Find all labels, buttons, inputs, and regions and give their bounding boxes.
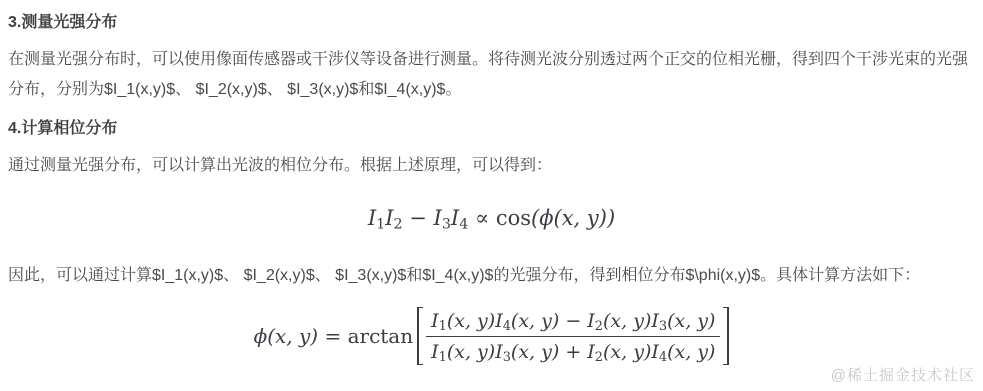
formula-proportionality-expression: I1I2 − I3I4 ∝ cos(ϕ(x, y)): [368, 206, 615, 230]
article-content: 3.测量光强分布 在测量光强分布时，可以使用像面传感器或干涉仪等设备进行测量。将…: [0, 0, 983, 365]
fraction-denominator: I1(x, y)I3(x, y) + I2(x, y)I4(x, y): [426, 337, 720, 364]
section-heading-compute-phase: 4.计算相位分布: [8, 118, 975, 140]
paragraph-method-intro: 因此，可以通过计算$I_1(x,y)$、 $I_2(x,y)$、 $I_3(x,…: [8, 261, 975, 291]
section-heading-measure-intensity: 3.测量光强分布: [8, 12, 975, 34]
formula-arctan: ϕ(x, y) = arctan I1(x, y)I4(x, y) − I2(x…: [8, 307, 975, 365]
paragraph-measure-intensity: 在测量光强分布时，可以使用像面传感器或干涉仪等设备进行测量。将待测光波分别透过两…: [8, 45, 975, 105]
watermark: @稀土掘金技术社区: [831, 364, 975, 385]
right-bracket: [723, 307, 729, 365]
formula-arctan-lhs: ϕ(x, y) = arctan: [254, 324, 414, 348]
paragraph-compute-phase: 通过测量光强分布，可以计算出光波的相位分布。根据上述原理，可以得到：: [8, 151, 975, 181]
formula-proportionality: I1I2 − I3I4 ∝ cos(ϕ(x, y)): [8, 201, 975, 235]
fraction-numerator: I1(x, y)I4(x, y) − I2(x, y)I3(x, y): [426, 309, 720, 337]
left-bracket: [417, 307, 423, 365]
fraction: I1(x, y)I4(x, y) − I2(x, y)I3(x, y) I1(x…: [426, 309, 720, 364]
